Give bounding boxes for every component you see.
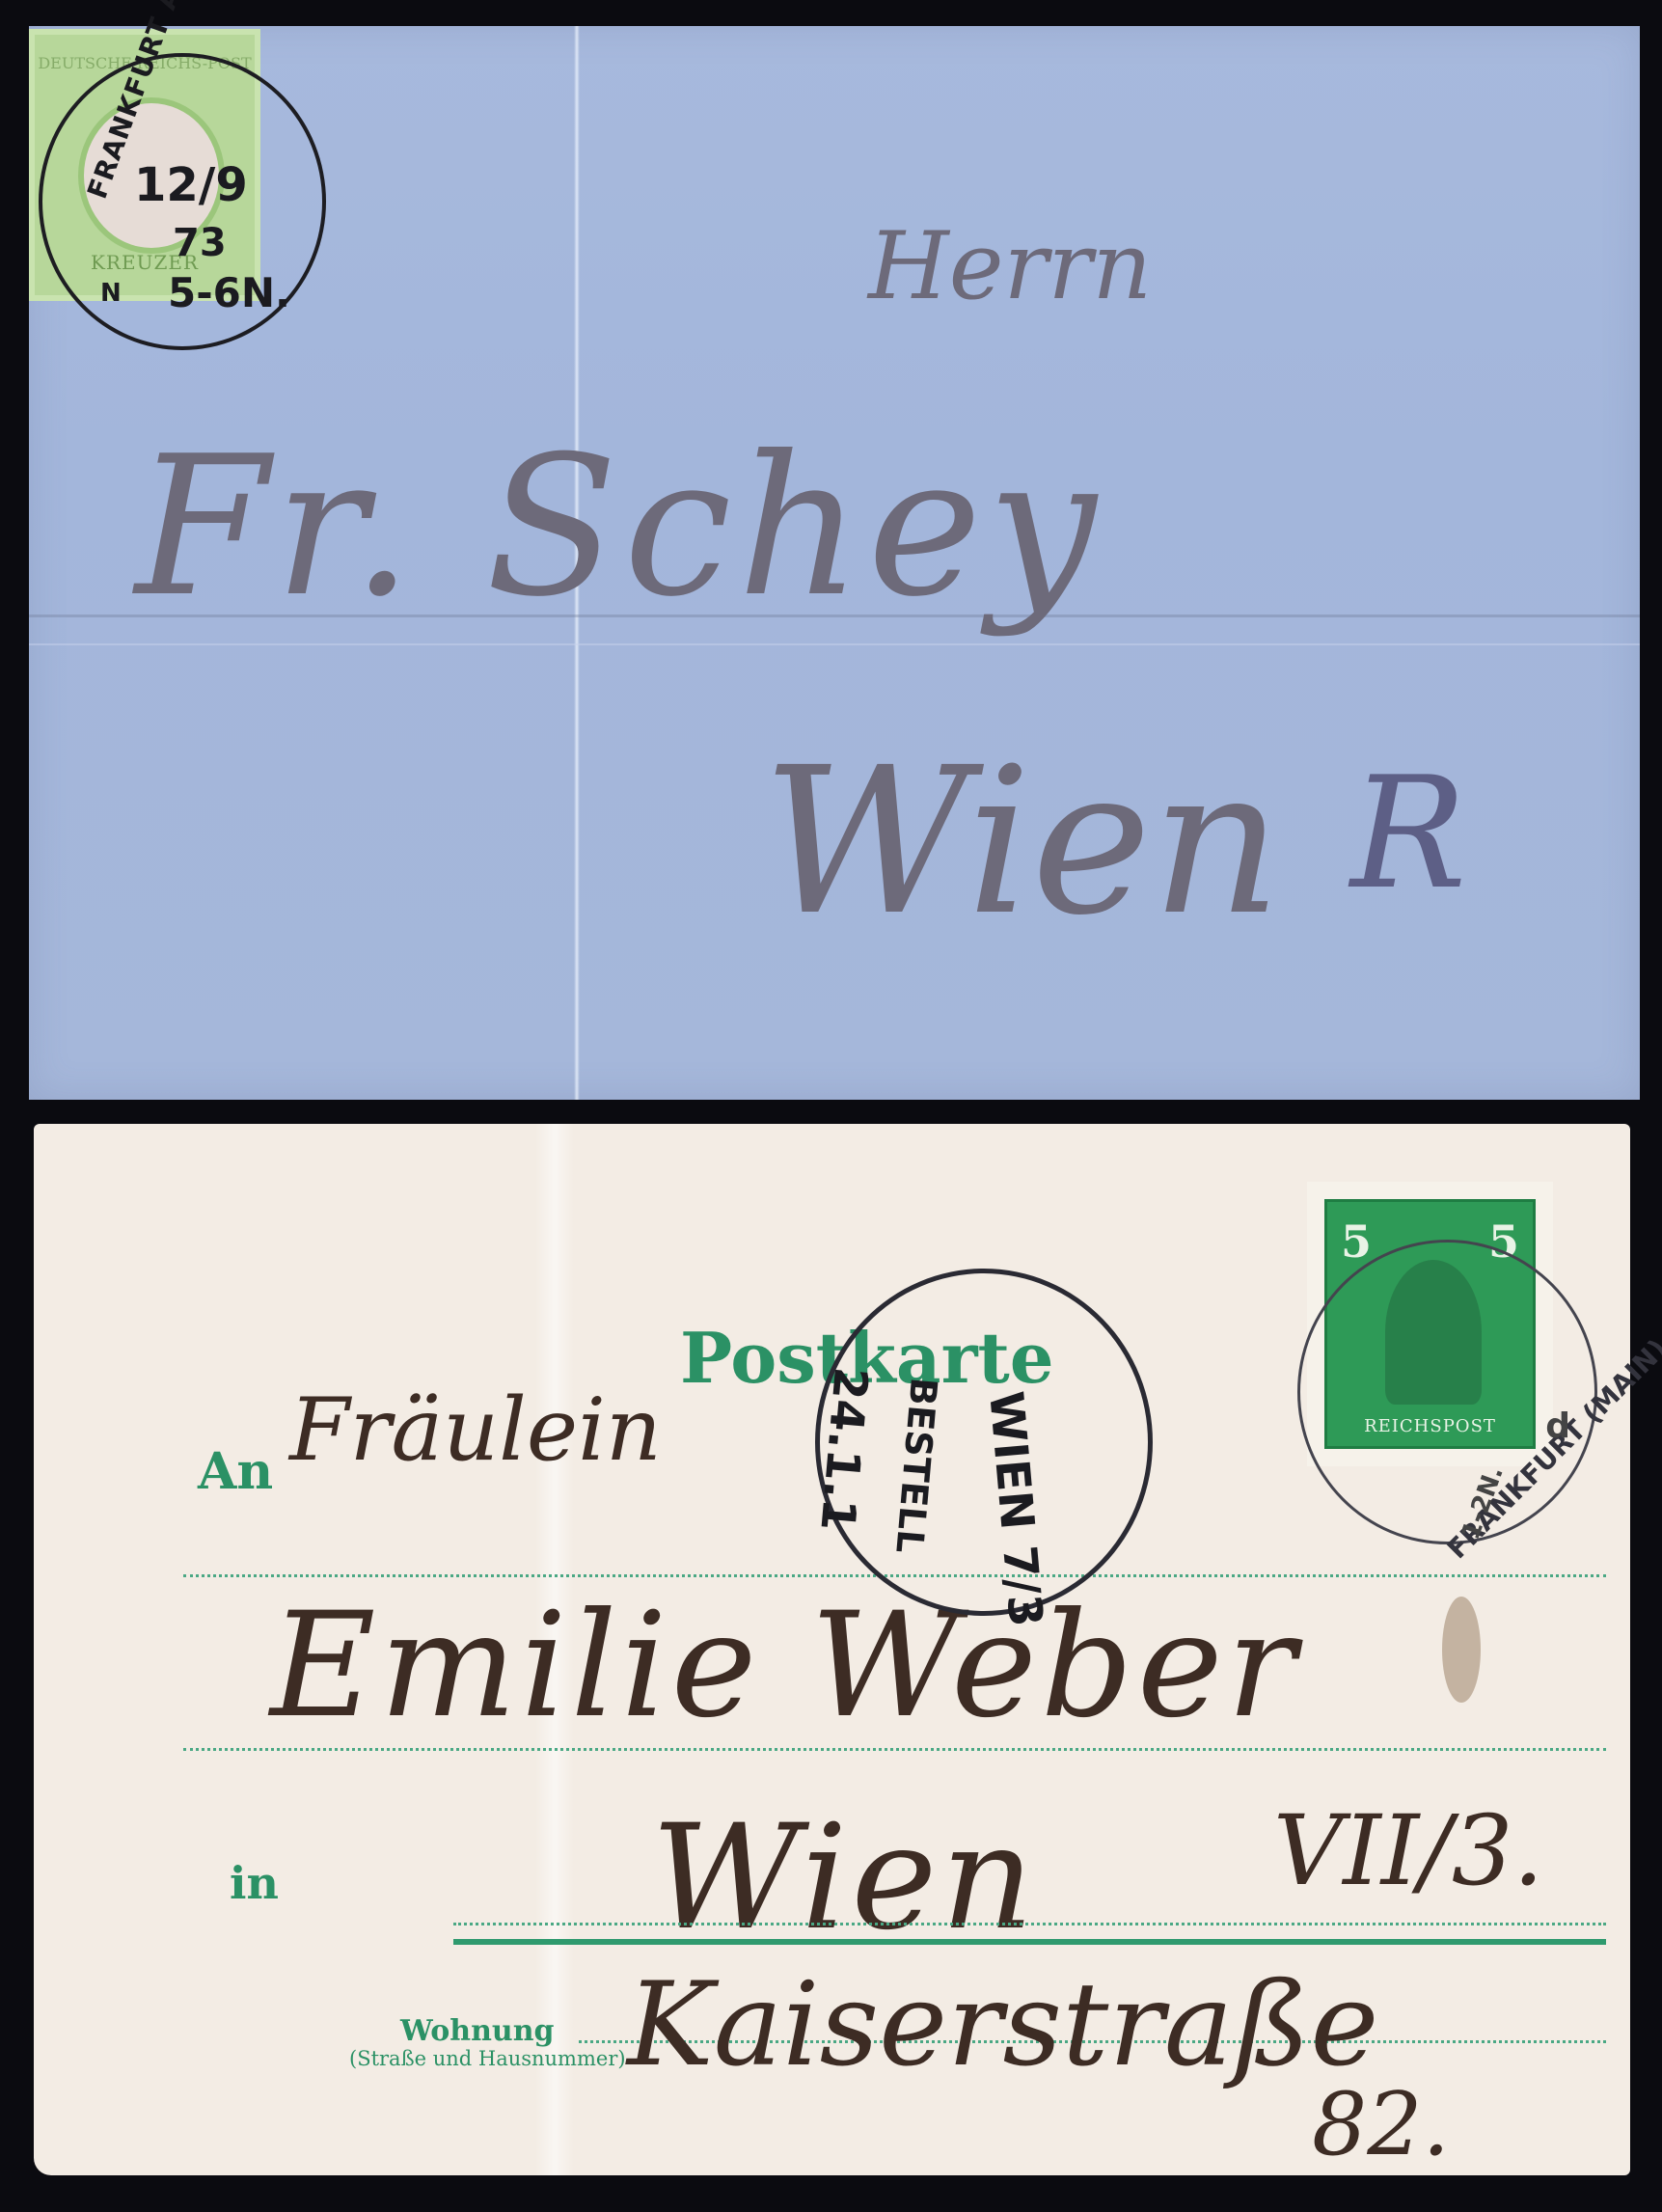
- city-underline: [453, 1939, 1606, 1945]
- postmark-1-prefix: N: [100, 279, 122, 308]
- label-in: in: [230, 1857, 279, 1909]
- handwriting-district: VII/3.: [1273, 1794, 1543, 1907]
- handwriting-salutation-card: Fräulein: [289, 1379, 662, 1481]
- handwriting-addressee: Fr. Schey: [135, 415, 1103, 640]
- handwriting-recipient-name: Emilie Weber: [270, 1582, 1299, 1750]
- label-residence: Wohnung: [400, 2014, 554, 2048]
- postmark-2-letter: d: [1545, 1406, 1570, 1446]
- handwriting-card-city: Wien: [651, 1794, 1038, 1962]
- handwriting-house-number: 82.: [1312, 2074, 1450, 2175]
- address-line-2: [183, 1748, 1606, 1751]
- postmark-1-year: 73: [173, 221, 227, 265]
- postmark-frankfurt-sachsenhausen: FRANKFURT (MAIN)-SACHSENHAUSEN 1-2N. d: [1297, 1240, 1597, 1544]
- postmark-1-time: 5-6N.: [168, 269, 290, 316]
- handwriting-street: Kaiserstraße: [627, 1958, 1378, 2092]
- postmark-wien-arrival: WIEN 7/3 BESTELL 24.1.1: [815, 1269, 1153, 1616]
- label-residence-sub: (Straße und Hausnummer): [349, 2047, 626, 2070]
- ink-stain: [1442, 1597, 1481, 1703]
- handwriting-city: Wien: [762, 724, 1282, 960]
- address-line-city: [453, 1923, 1606, 1925]
- handwriting-salutation: Herrn: [868, 212, 1152, 320]
- postmark-frankfurt: FRANKFURT A.M. 1 12/9 73 5-6N. N: [39, 53, 326, 350]
- label-to: An: [198, 1442, 273, 1501]
- postmark-3-line2: BESTELL: [887, 1376, 945, 1555]
- postmark-1-date: 12/9: [134, 158, 248, 212]
- handwriting-registered-mark: R: [1350, 743, 1466, 923]
- stamp-2-value-left: 5: [1341, 1215, 1372, 1268]
- fold-crease-highlight: [29, 643, 1640, 645]
- postmark-3-city: WIEN 7/3: [978, 1389, 1052, 1629]
